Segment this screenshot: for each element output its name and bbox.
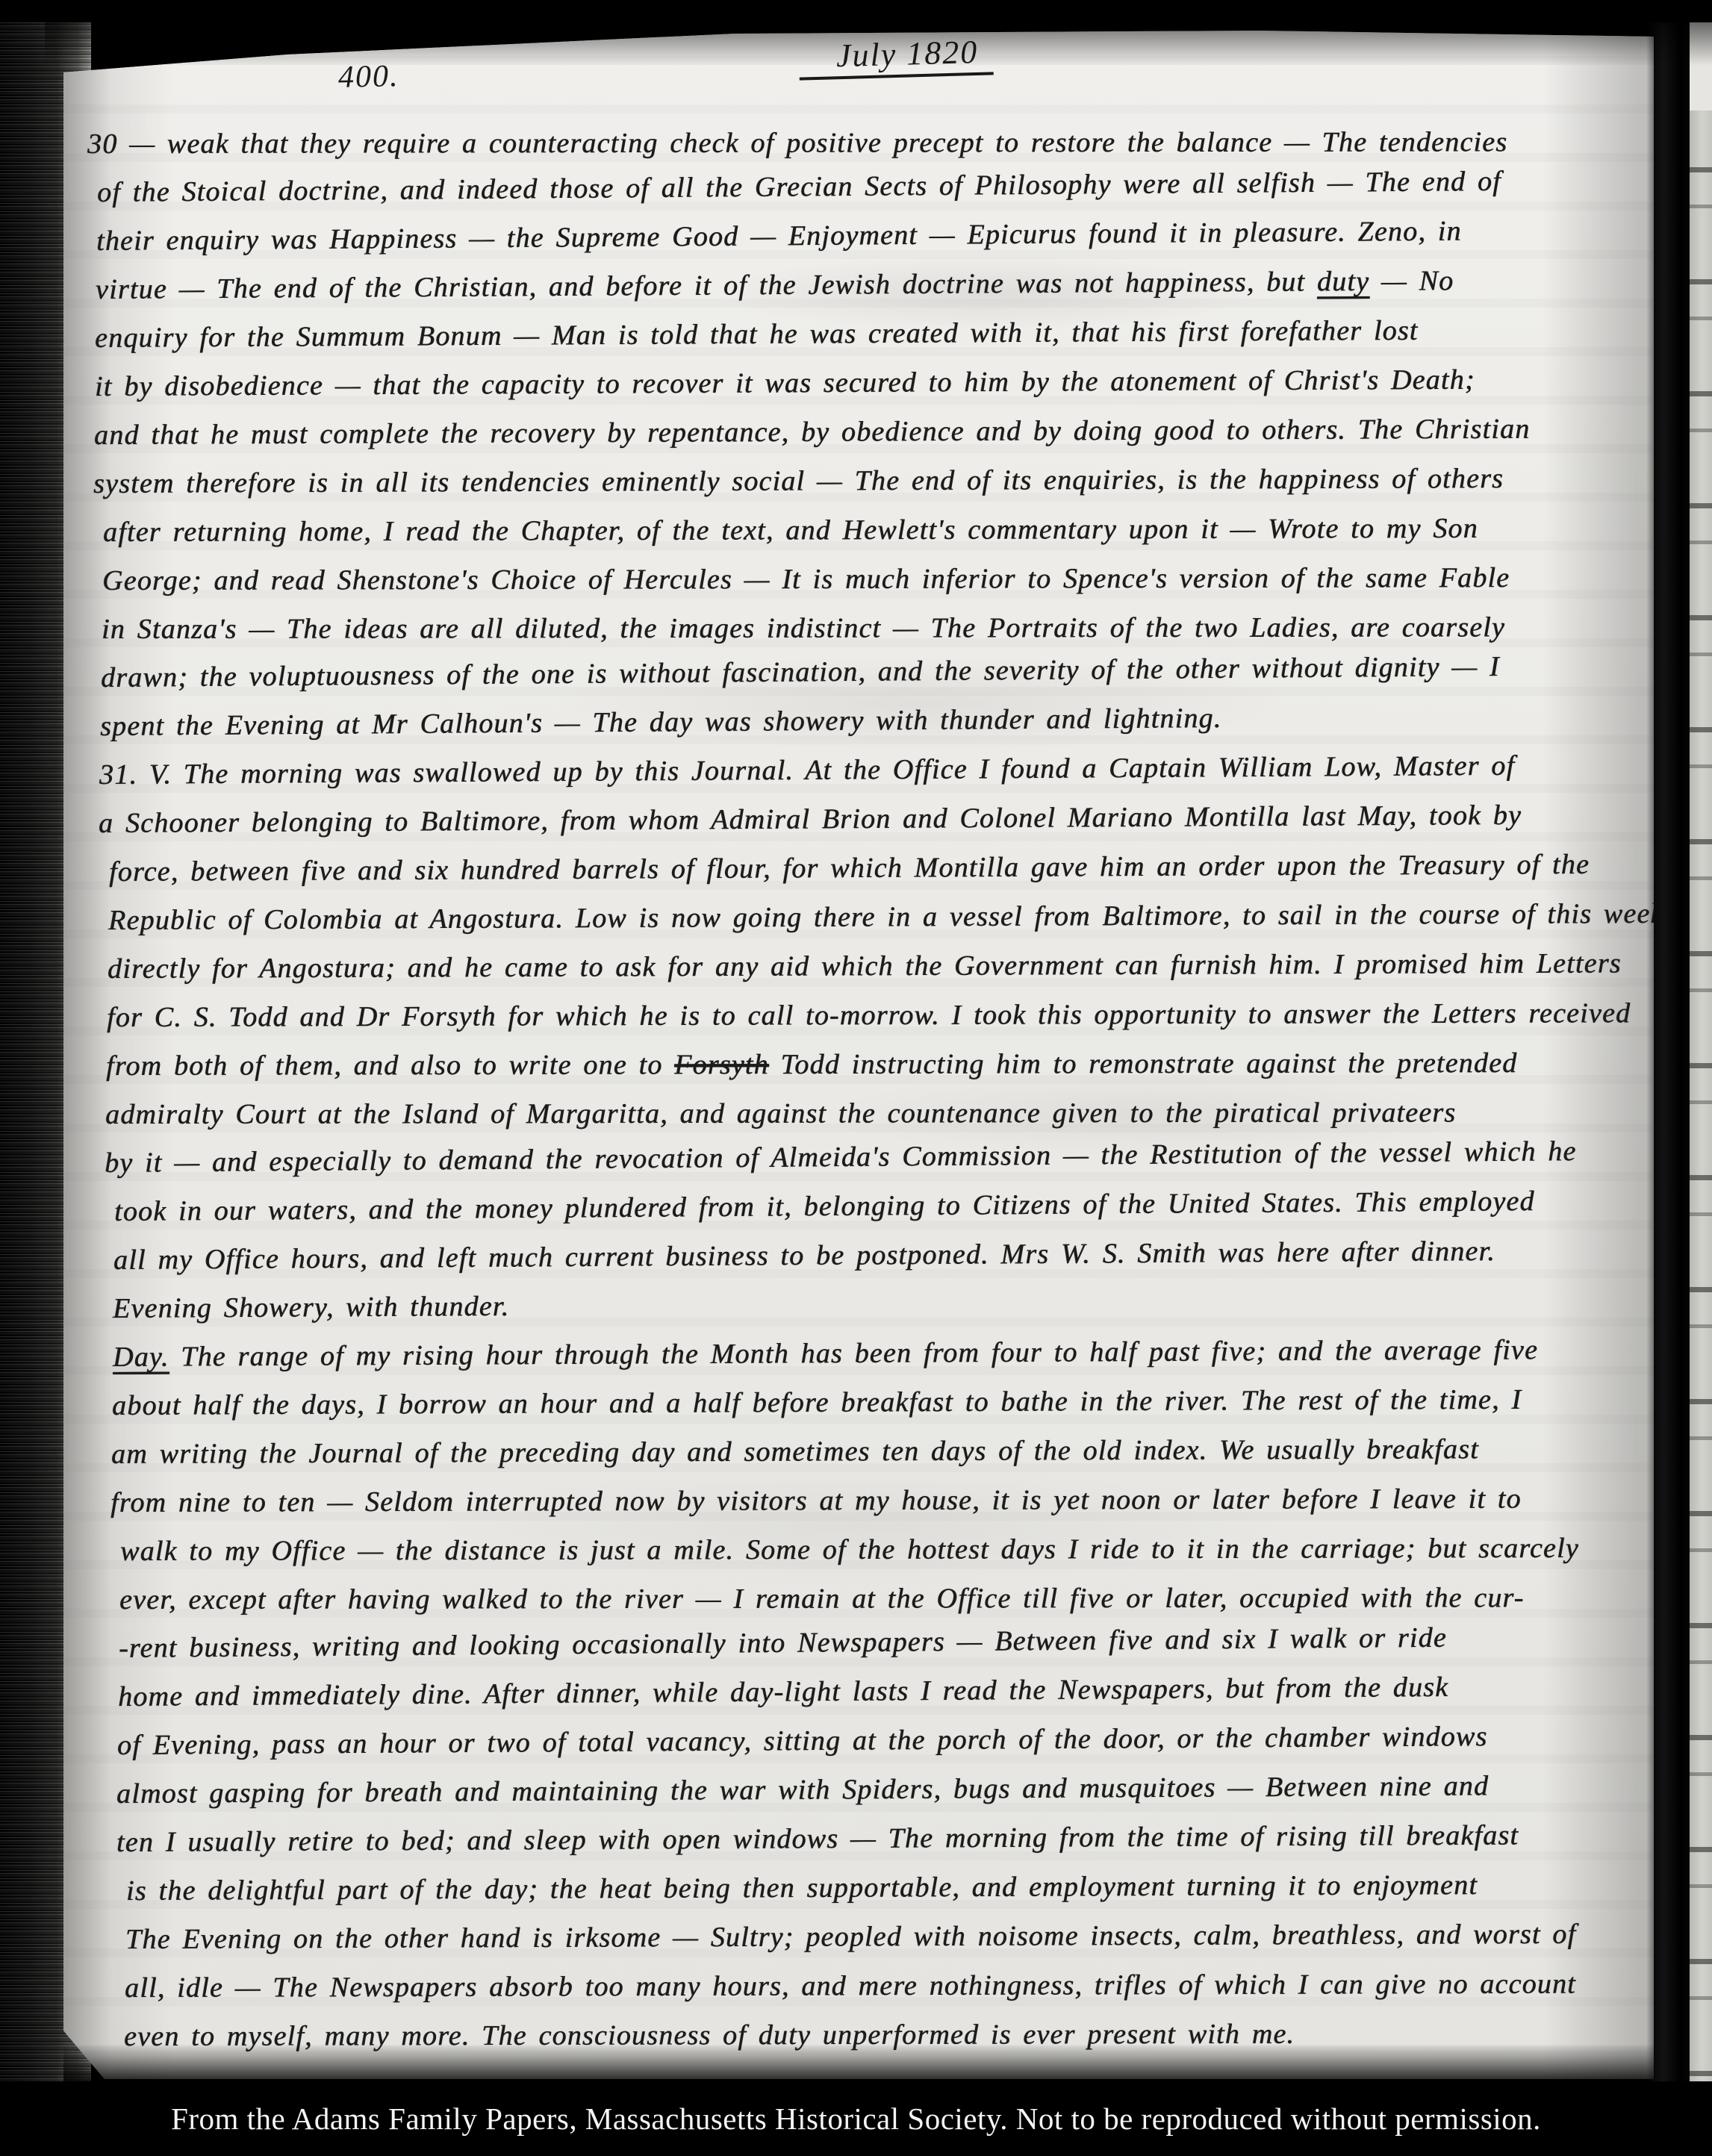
manuscript-line: a Schooner belonging to Baltimore, from … (99, 792, 1641, 850)
manuscript-segment-x: Forsyth (674, 1049, 769, 1080)
manuscript-line: Republic of Colombia at Angostura. Low i… (108, 891, 1641, 947)
page-number: 400. (338, 58, 399, 96)
manuscript-segment: for C. S. Todd and Dr Forsyth for which … (107, 997, 1631, 1033)
manuscript-line: walk to my Office — the distance is just… (120, 1526, 1641, 1577)
manuscript-page: 400. July 1820 30 — weak that they requi… (63, 26, 1654, 2079)
manuscript-segment: all, idle — The Newspapers absorb too ma… (125, 1969, 1576, 2004)
manuscript-segment: and that he must complete the recovery b… (93, 414, 1530, 451)
manuscript-segment: from both of them, and also to write one… (106, 1049, 674, 1082)
manuscript-line: from both of them, and also to write one… (106, 1041, 1641, 1092)
manuscript-segment: home and immediately dine. After dinner,… (118, 1671, 1448, 1713)
manuscript-line: system therefore is in all its tendencie… (93, 455, 1642, 510)
manuscript-segment: drawn; the voluptuousness of the one is … (101, 651, 1500, 694)
manuscript-segment: system therefore is in all its tendencie… (93, 463, 1504, 499)
manuscript-line: George; and read Shenstone's Choice of H… (102, 555, 1641, 607)
manuscript-segment: force, between five and six hundred barr… (108, 849, 1589, 888)
manuscript-line: The Evening on the other hand is irksome… (125, 1912, 1642, 1966)
manuscript-line: after returning home, I read the Chapter… (103, 505, 1641, 558)
caption-bar: From the Adams Family Papers, Massachuse… (0, 2081, 1712, 2156)
manuscript-segment: a Schooner belonging to Baltimore, from … (99, 800, 1522, 839)
manuscript-line: it by disobedience — that the capacity t… (94, 357, 1641, 413)
page-header-date: July 1820 (798, 32, 994, 80)
manuscript-line: ten I usually retire to bed; and sleep w… (116, 1813, 1641, 1869)
manuscript-segment: admiralty Court at the Island of Margari… (105, 1097, 1456, 1130)
manuscript-segment: directly for Angostura; and he came to a… (108, 948, 1622, 985)
manuscript-segment: Todd instructing him to remonstrate agai… (769, 1047, 1518, 1080)
manuscript-segment: their enquiry was Happiness — the Suprem… (96, 216, 1462, 257)
manuscript-line: all my Office hours, and left much curre… (113, 1228, 1641, 1286)
manuscript-segment: am writing the Journal of the preceding … (111, 1433, 1479, 1470)
manuscript-scan: 400. July 1820 30 — weak that they requi… (0, 0, 1712, 2156)
scan-bottom-shadow (63, 2044, 1654, 2085)
manuscript-segment: of Evening, pass an hour or two of total… (117, 1721, 1488, 1761)
manuscript-line: from nine to ten — Seldom interrupted no… (110, 1476, 1641, 1529)
manuscript-line: all, idle — The Newspapers absorb too ma… (125, 1961, 1641, 2014)
manuscript-segment: walk to my Office — the distance is just… (120, 1533, 1579, 1567)
manuscript-segment: Republic of Colombia at Angostura. Low i… (108, 898, 1663, 936)
manuscript-line: is the delightful part of the day; the h… (125, 1862, 1641, 1917)
manuscript-segment: ten I usually retire to bed; and sleep w… (116, 1819, 1518, 1858)
manuscript-segment: of the Stoical doctrine, and indeed thos… (97, 166, 1501, 208)
manuscript-segment: The range of my rising hour through the … (169, 1334, 1538, 1372)
manuscript-segment: it by disobedience — that the capacity t… (94, 364, 1475, 402)
manuscript-line: directly for Angostura; and he came to a… (108, 941, 1642, 995)
manuscript-segment: -rent business, writing and looking occa… (119, 1622, 1447, 1664)
manuscript-line: almost gasping for breath and maintainin… (116, 1763, 1641, 1820)
manuscript-segment: in Stanza's — The ideas are all diluted,… (102, 611, 1505, 645)
facing-page-sliver (1690, 21, 1712, 2090)
manuscript-segment: after returning home, I read the Chapter… (103, 513, 1478, 548)
manuscript-segment: George; and read Shenstone's Choice of H… (102, 562, 1510, 596)
page-gutter-shadow (1646, 21, 1690, 2090)
manuscript-line: of Evening, pass an hour or two of total… (117, 1713, 1641, 1772)
manuscript-segment: about half the days, I borrow an hour an… (111, 1384, 1521, 1421)
manuscript-segment: The Evening on the other hand is irksome… (125, 1919, 1576, 1955)
manuscript-segment: enquiry for the Summum Bonum — Man is to… (95, 315, 1419, 354)
manuscript-segment: Evening Showery, with thunder. (113, 1291, 509, 1324)
manuscript-segment: virtue — The end of the Christian, and b… (96, 266, 1317, 305)
manuscript-segment: almost gasping for breath and maintainin… (116, 1770, 1489, 1810)
manuscript-segment: all my Office hours, and left much curre… (113, 1236, 1495, 1276)
manuscript-segment: — No (1369, 265, 1454, 297)
manuscript-segment: took in our waters, and the money plunde… (114, 1186, 1535, 1227)
manuscript-line: 31. V. The morning was swallowed up by t… (99, 743, 1641, 801)
scan-top-border (0, 0, 1712, 22)
manuscript-segment: 31. V. The morning was swallowed up by t… (99, 750, 1515, 791)
manuscript-segment: from nine to ten — Seldom interrupted no… (110, 1483, 1522, 1518)
manuscript-line: Day. The range of my rising hour through… (112, 1327, 1641, 1383)
caption-text: From the Adams Family Papers, Massachuse… (171, 2101, 1541, 2137)
manuscript-lines: 30 — weak that they require a counteract… (92, 122, 1641, 2063)
manuscript-line: and that he must complete the recovery b… (93, 406, 1641, 461)
manuscript-segment-u: Day. (112, 1342, 169, 1373)
manuscript-line: about half the days, I borrow an hour an… (111, 1377, 1641, 1432)
manuscript-line: virtue — The end of the Christian, and b… (96, 258, 1641, 316)
manuscript-segment: 30 — weak that they require a counteract… (87, 126, 1507, 160)
manuscript-line: enquiry for the Summum Bonum — Man is to… (95, 307, 1641, 364)
manuscript-line: for C. S. Todd and Dr Forsyth for which … (107, 991, 1641, 1044)
manuscript-line: Evening Showery, with thunder. (113, 1277, 1641, 1335)
facing-page-sliver-top (1690, 21, 1712, 110)
manuscript-segment-u: duty (1317, 266, 1370, 297)
manuscript-line: am writing the Journal of the preceding … (111, 1426, 1642, 1480)
manuscript-line: force, between five and six hundred barr… (108, 842, 1641, 898)
manuscript-segment: spent the Evening at Mr Calhoun's — The … (100, 702, 1222, 742)
manuscript-segment: by it — and especially to demand the rev… (105, 1135, 1577, 1179)
manuscript-segment: is the delightful part of the day; the h… (125, 1869, 1477, 1907)
manuscript-segment: ever, except after having walked to the … (119, 1582, 1525, 1616)
